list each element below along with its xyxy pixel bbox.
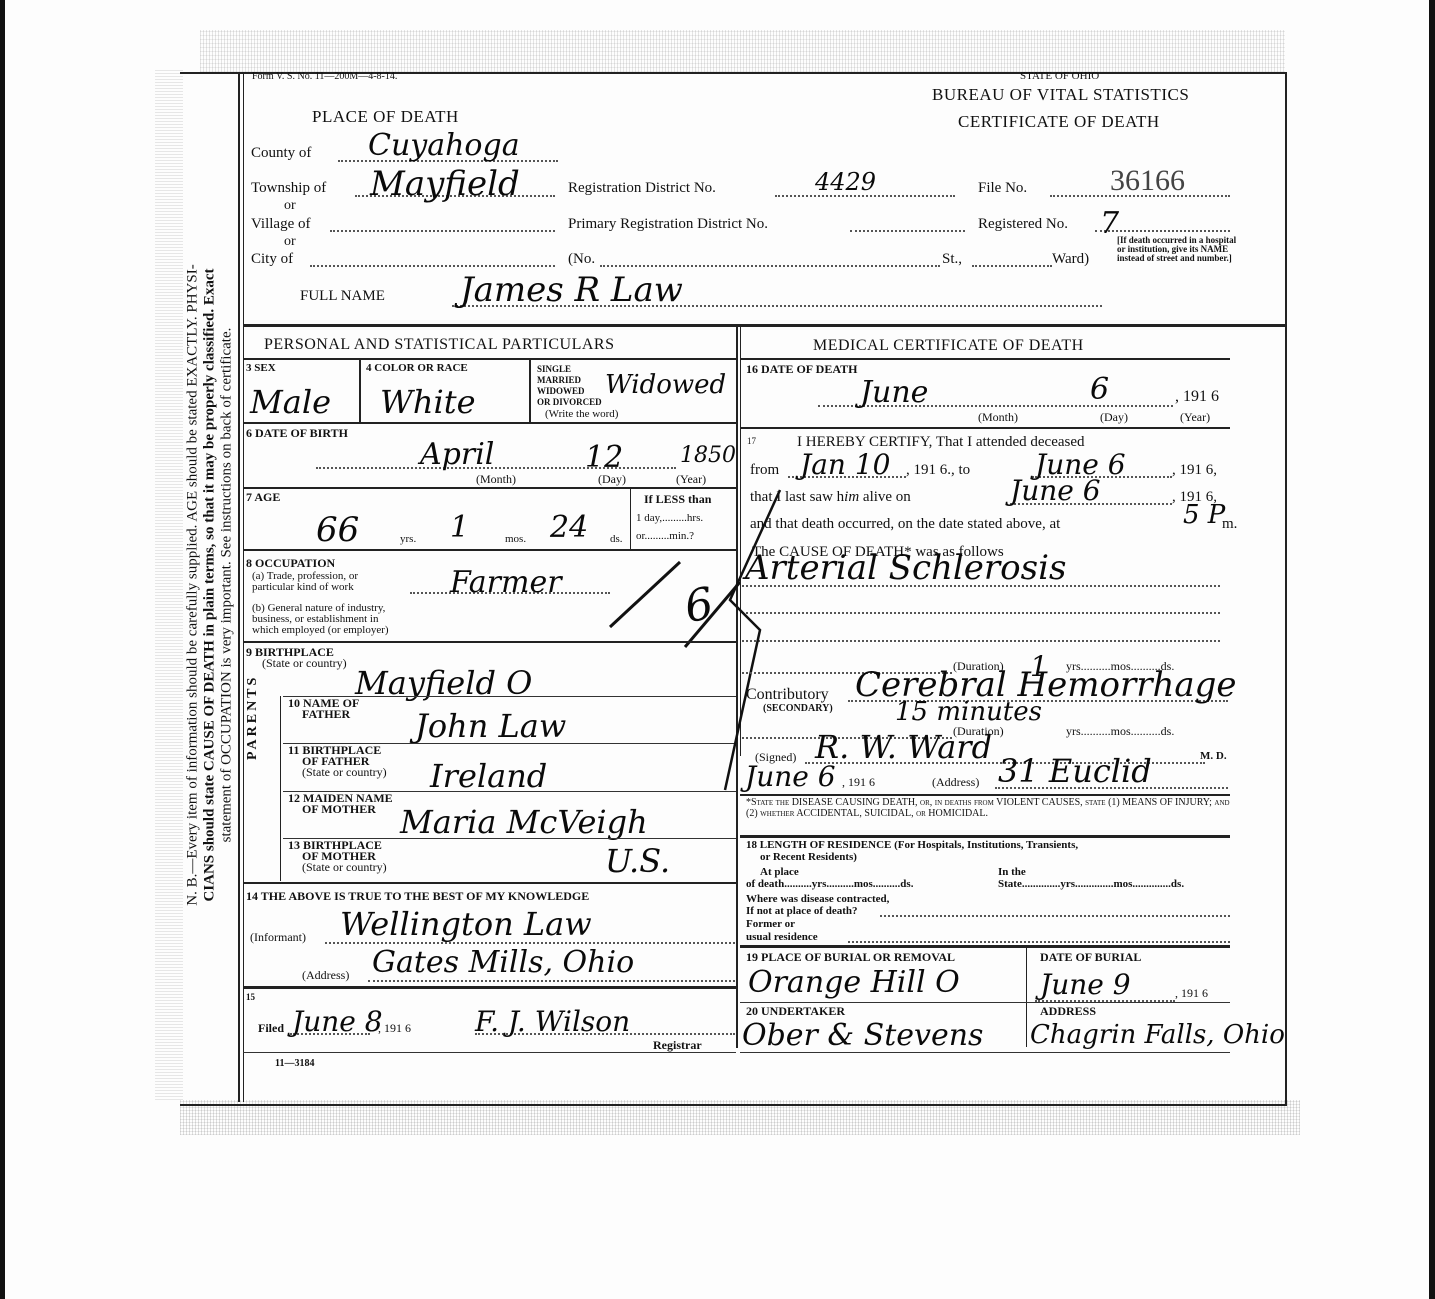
- father-birthplace-value: Ireland: [430, 757, 547, 795]
- divider: [243, 986, 736, 989]
- scan-edge-right: [1429, 0, 1435, 1299]
- last-saw-date: June 6: [1010, 474, 1101, 507]
- in-the-label: In the: [998, 866, 1026, 878]
- m-label: m.: [1222, 516, 1237, 533]
- death-time: 5 P: [1183, 500, 1225, 530]
- county-label: County of: [251, 145, 311, 162]
- parents-divider: [280, 696, 281, 881]
- former-residence-label-2: usual residence: [746, 931, 818, 943]
- informant-label: (Informant): [250, 930, 306, 945]
- mother-birthplace-value: U.S.: [605, 842, 670, 880]
- father-value: John Law: [415, 707, 566, 745]
- or-min-label: or.........min.?: [636, 530, 694, 542]
- contributory-duration: 15 minutes: [895, 697, 1042, 727]
- age-years: 66: [316, 510, 359, 550]
- divider: [243, 882, 736, 884]
- primary-reg-label: Primary Registration District No.: [568, 216, 768, 233]
- state-label: STATE OF OHIO: [1020, 70, 1099, 82]
- mother-value: Maria McVeigh: [400, 803, 648, 841]
- attended-to-year: , 191 6,: [1172, 462, 1217, 479]
- year-label: (Year): [1180, 410, 1210, 425]
- scan-noise-left: [155, 70, 183, 1100]
- filed-label: Filed: [258, 1021, 284, 1036]
- side-note-line-1: N. B.—Every item of information should b…: [185, 85, 202, 1085]
- bureau-title: BUREAU OF VITAL STATISTICS: [932, 85, 1189, 105]
- sex-label: 3 SEX: [246, 362, 276, 374]
- place-of-death-heading: PLACE OF DEATH: [312, 107, 459, 127]
- divider: [740, 427, 1230, 429]
- side-note-line-2: CIANS should state CAUSE OF DEATH in pla…: [202, 85, 219, 1085]
- day-label: (Day): [598, 472, 626, 487]
- sex-value: Male: [250, 383, 331, 421]
- item-17-number: 17: [747, 436, 756, 446]
- state-residence-label: State..............yrs..............mos.…: [998, 878, 1184, 890]
- dob-day: 12: [585, 440, 623, 475]
- city-label: City of: [251, 251, 293, 268]
- burial-place: Orange Hill O: [748, 965, 960, 1000]
- divider: [740, 945, 1230, 948]
- marital-options: SINGLE MARRIED WIDOWED OR DIVORCED: [537, 364, 602, 408]
- divider: [1026, 947, 1027, 1047]
- physician-signature: R. W. Ward: [815, 728, 992, 766]
- mos-label: mos.: [505, 533, 526, 545]
- former-residence-line: [848, 941, 1230, 943]
- divider: [630, 487, 631, 549]
- township-label: Township of: [251, 180, 326, 197]
- mother-label: 12 MAIDEN NAME OF MOTHER: [288, 793, 393, 815]
- year-label: (Year): [676, 472, 706, 487]
- cause-footnote: *State the DISEASE CAUSING DEATH, or, in…: [746, 797, 1231, 819]
- burial-date-label: DATE OF BURIAL: [1040, 950, 1141, 965]
- reg-district-value: 4429: [815, 168, 876, 196]
- day-label: (Day): [1100, 410, 1128, 425]
- dob-month: April: [420, 437, 494, 472]
- scan-noise-top: [200, 30, 1285, 72]
- primary-reg-line: [850, 230, 965, 232]
- of-death-label: of death..........yrs..........mos......…: [746, 878, 913, 890]
- race-value: White: [380, 383, 476, 421]
- contributory-label: Contributory: [746, 686, 829, 704]
- contracted-label: Where was disease contracted,: [746, 893, 889, 905]
- registrar-label: Registrar: [653, 1038, 702, 1053]
- form-number: Form V. S. No. 11—200M—4-8-14.: [252, 71, 397, 82]
- one-day-label: 1 day,.........hrs.: [636, 512, 703, 524]
- registered-no-label: Registered No.: [978, 216, 1068, 233]
- duration-units: yrs..........mos..........ds.: [1066, 724, 1174, 739]
- divider: [740, 1052, 1230, 1053]
- true-statement: 14 THE ABOVE IS TRUE TO THE BEST OF MY K…: [246, 889, 589, 904]
- divider: [359, 358, 361, 422]
- ds-label: ds.: [610, 533, 623, 545]
- street-no-label: (No.: [568, 251, 595, 268]
- occupation-label: 8 OCCUPATION: [246, 556, 335, 571]
- physician-address: 31 Euclid: [998, 752, 1152, 790]
- city-line: [310, 265, 555, 267]
- hospital-note: [If death occurred in a hospital or inst…: [1117, 236, 1237, 263]
- contracted-line: [880, 915, 1230, 917]
- occupation-slash-mark: [600, 552, 740, 652]
- attended-from-year: , 191 6., to: [906, 462, 970, 479]
- yrs-label: yrs.: [400, 533, 416, 545]
- at-place-label: At place: [760, 866, 799, 878]
- dob-year: 1850: [680, 443, 736, 468]
- informant-address-line: [368, 980, 735, 982]
- age-label: 7 AGE: [246, 490, 280, 505]
- divider: [243, 487, 736, 489]
- physician-address-label: (Address): [932, 775, 979, 790]
- birthplace-hint: (State or country): [262, 656, 347, 671]
- divider: [740, 358, 1230, 360]
- ward-label: Ward): [1052, 251, 1089, 268]
- reg-district-label: Registration District No.: [568, 180, 716, 197]
- former-residence-label: Former or: [746, 918, 795, 930]
- divider: [740, 794, 1230, 796]
- burial-place-label: 19 PLACE OF BURIAL OR REMOVAL: [746, 950, 955, 965]
- burial-year: , 191 6: [1175, 986, 1208, 1001]
- father-birthplace-label: 11 BIRTHPLACE OF FATHER (State or countr…: [288, 745, 387, 778]
- burial-date: June 9: [1040, 968, 1131, 1001]
- undertaker-address: Chagrin Falls, Ohio: [1030, 1020, 1285, 1050]
- side-instructions: N. B.—Every item of information should b…: [182, 80, 238, 1090]
- divider: [243, 422, 736, 424]
- residence-label: 18 LENGTH OF RESIDENCE (For Hospitals, I…: [746, 839, 1078, 851]
- divider: [243, 641, 736, 643]
- full-name-label: FULL NAME: [300, 288, 385, 305]
- divider: [740, 1002, 1230, 1003]
- parents-label: PARENTS: [245, 675, 261, 760]
- medical-heading: MEDICAL CERTIFICATE OF DEATH: [813, 337, 1084, 355]
- cause-line: [742, 585, 1220, 587]
- filed-date: June 8: [292, 1005, 383, 1038]
- occupation-a-hint: (a) Trade, profession, orparticular kind…: [252, 571, 358, 593]
- father-label: 10 NAME OF FATHER: [288, 698, 359, 720]
- undertaker-label: 20 UNDERTAKER: [746, 1004, 845, 1019]
- marital-value: Widowed: [605, 370, 726, 400]
- item-15-number: 15: [246, 992, 255, 1002]
- village-line: [330, 230, 555, 232]
- registrar-signature: F. J. Wilson: [475, 1005, 630, 1038]
- personal-heading: PERSONAL AND STATISTICAL PARTICULARS: [264, 336, 614, 354]
- undertaker-address-label: ADDRESS: [1040, 1004, 1096, 1019]
- village-label: Village of: [251, 216, 311, 233]
- full-name-value: James R Law: [460, 270, 683, 310]
- township-value: Mayfield: [370, 164, 520, 204]
- dod-day: 6: [1090, 372, 1109, 407]
- attended-from: Jan 10: [800, 448, 890, 481]
- race-label: 4 COLOR OR RACE: [366, 362, 468, 374]
- month-label: (Month): [978, 410, 1018, 425]
- divider: [243, 549, 736, 551]
- marital-hint: (Write the word): [545, 408, 618, 420]
- mother-birthplace-label: 13 BIRTHPLACE OF MOTHER (State or countr…: [288, 840, 387, 873]
- cause-line: [742, 612, 1220, 614]
- informant-value: Wellington Law: [340, 905, 592, 943]
- scan-edge-left: [0, 0, 5, 1299]
- month-label: (Month): [476, 472, 516, 487]
- dod-month: June: [860, 375, 928, 410]
- signed-year: , 191 6: [842, 775, 875, 790]
- side-note-line-3: statement of OCCUPATION is very importan…: [219, 85, 236, 1085]
- from-label: from: [750, 462, 779, 479]
- signed-date: June 6: [745, 760, 836, 793]
- st-label: St.,: [942, 251, 962, 268]
- county-value: Cuyahoga: [368, 128, 520, 163]
- less-than-label: If LESS than: [644, 492, 711, 507]
- contracted-label-2: If not at place of death?: [746, 905, 858, 917]
- certificate-title: CERTIFICATE OF DEATH: [958, 112, 1160, 132]
- occupation-value: Farmer: [450, 565, 562, 600]
- dod-label: 16 DATE OF DEATH: [746, 362, 857, 377]
- side-border-inner: [243, 72, 244, 1102]
- md-label: M. D.: [1200, 750, 1227, 762]
- informant-address-value: Gates Mills, Ohio: [372, 945, 634, 980]
- ward-line: [972, 265, 1052, 267]
- secondary-label: (SECONDARY): [763, 703, 833, 714]
- informant-address-label: (Address): [302, 968, 349, 983]
- age-months: 1: [450, 510, 469, 545]
- dod-year: , 191 6: [1175, 388, 1219, 406]
- street-line: [600, 265, 940, 267]
- section-divider: [243, 324, 1285, 327]
- filed-year: , 191 6: [378, 1021, 411, 1036]
- side-border: [238, 72, 240, 1102]
- residence-label-2: or Recent Residents): [760, 851, 857, 863]
- divider: [243, 358, 736, 360]
- cause-line: [742, 640, 1220, 642]
- file-no-label: File No.: [978, 180, 1027, 197]
- or-label: or: [284, 234, 296, 250]
- or-label: or: [284, 198, 296, 214]
- form-code: 11—3184: [275, 1058, 314, 1069]
- occupation-b-hint: (b) General nature of industry,business,…: [252, 603, 389, 636]
- divider: [529, 358, 531, 422]
- file-no-value: 36166: [1110, 164, 1185, 198]
- undertaker: Ober & Stevens: [742, 1018, 983, 1053]
- age-days: 24: [550, 510, 588, 545]
- divider: [243, 1052, 736, 1053]
- dob-label: 6 DATE OF BIRTH: [246, 426, 348, 441]
- divider: [740, 835, 1230, 838]
